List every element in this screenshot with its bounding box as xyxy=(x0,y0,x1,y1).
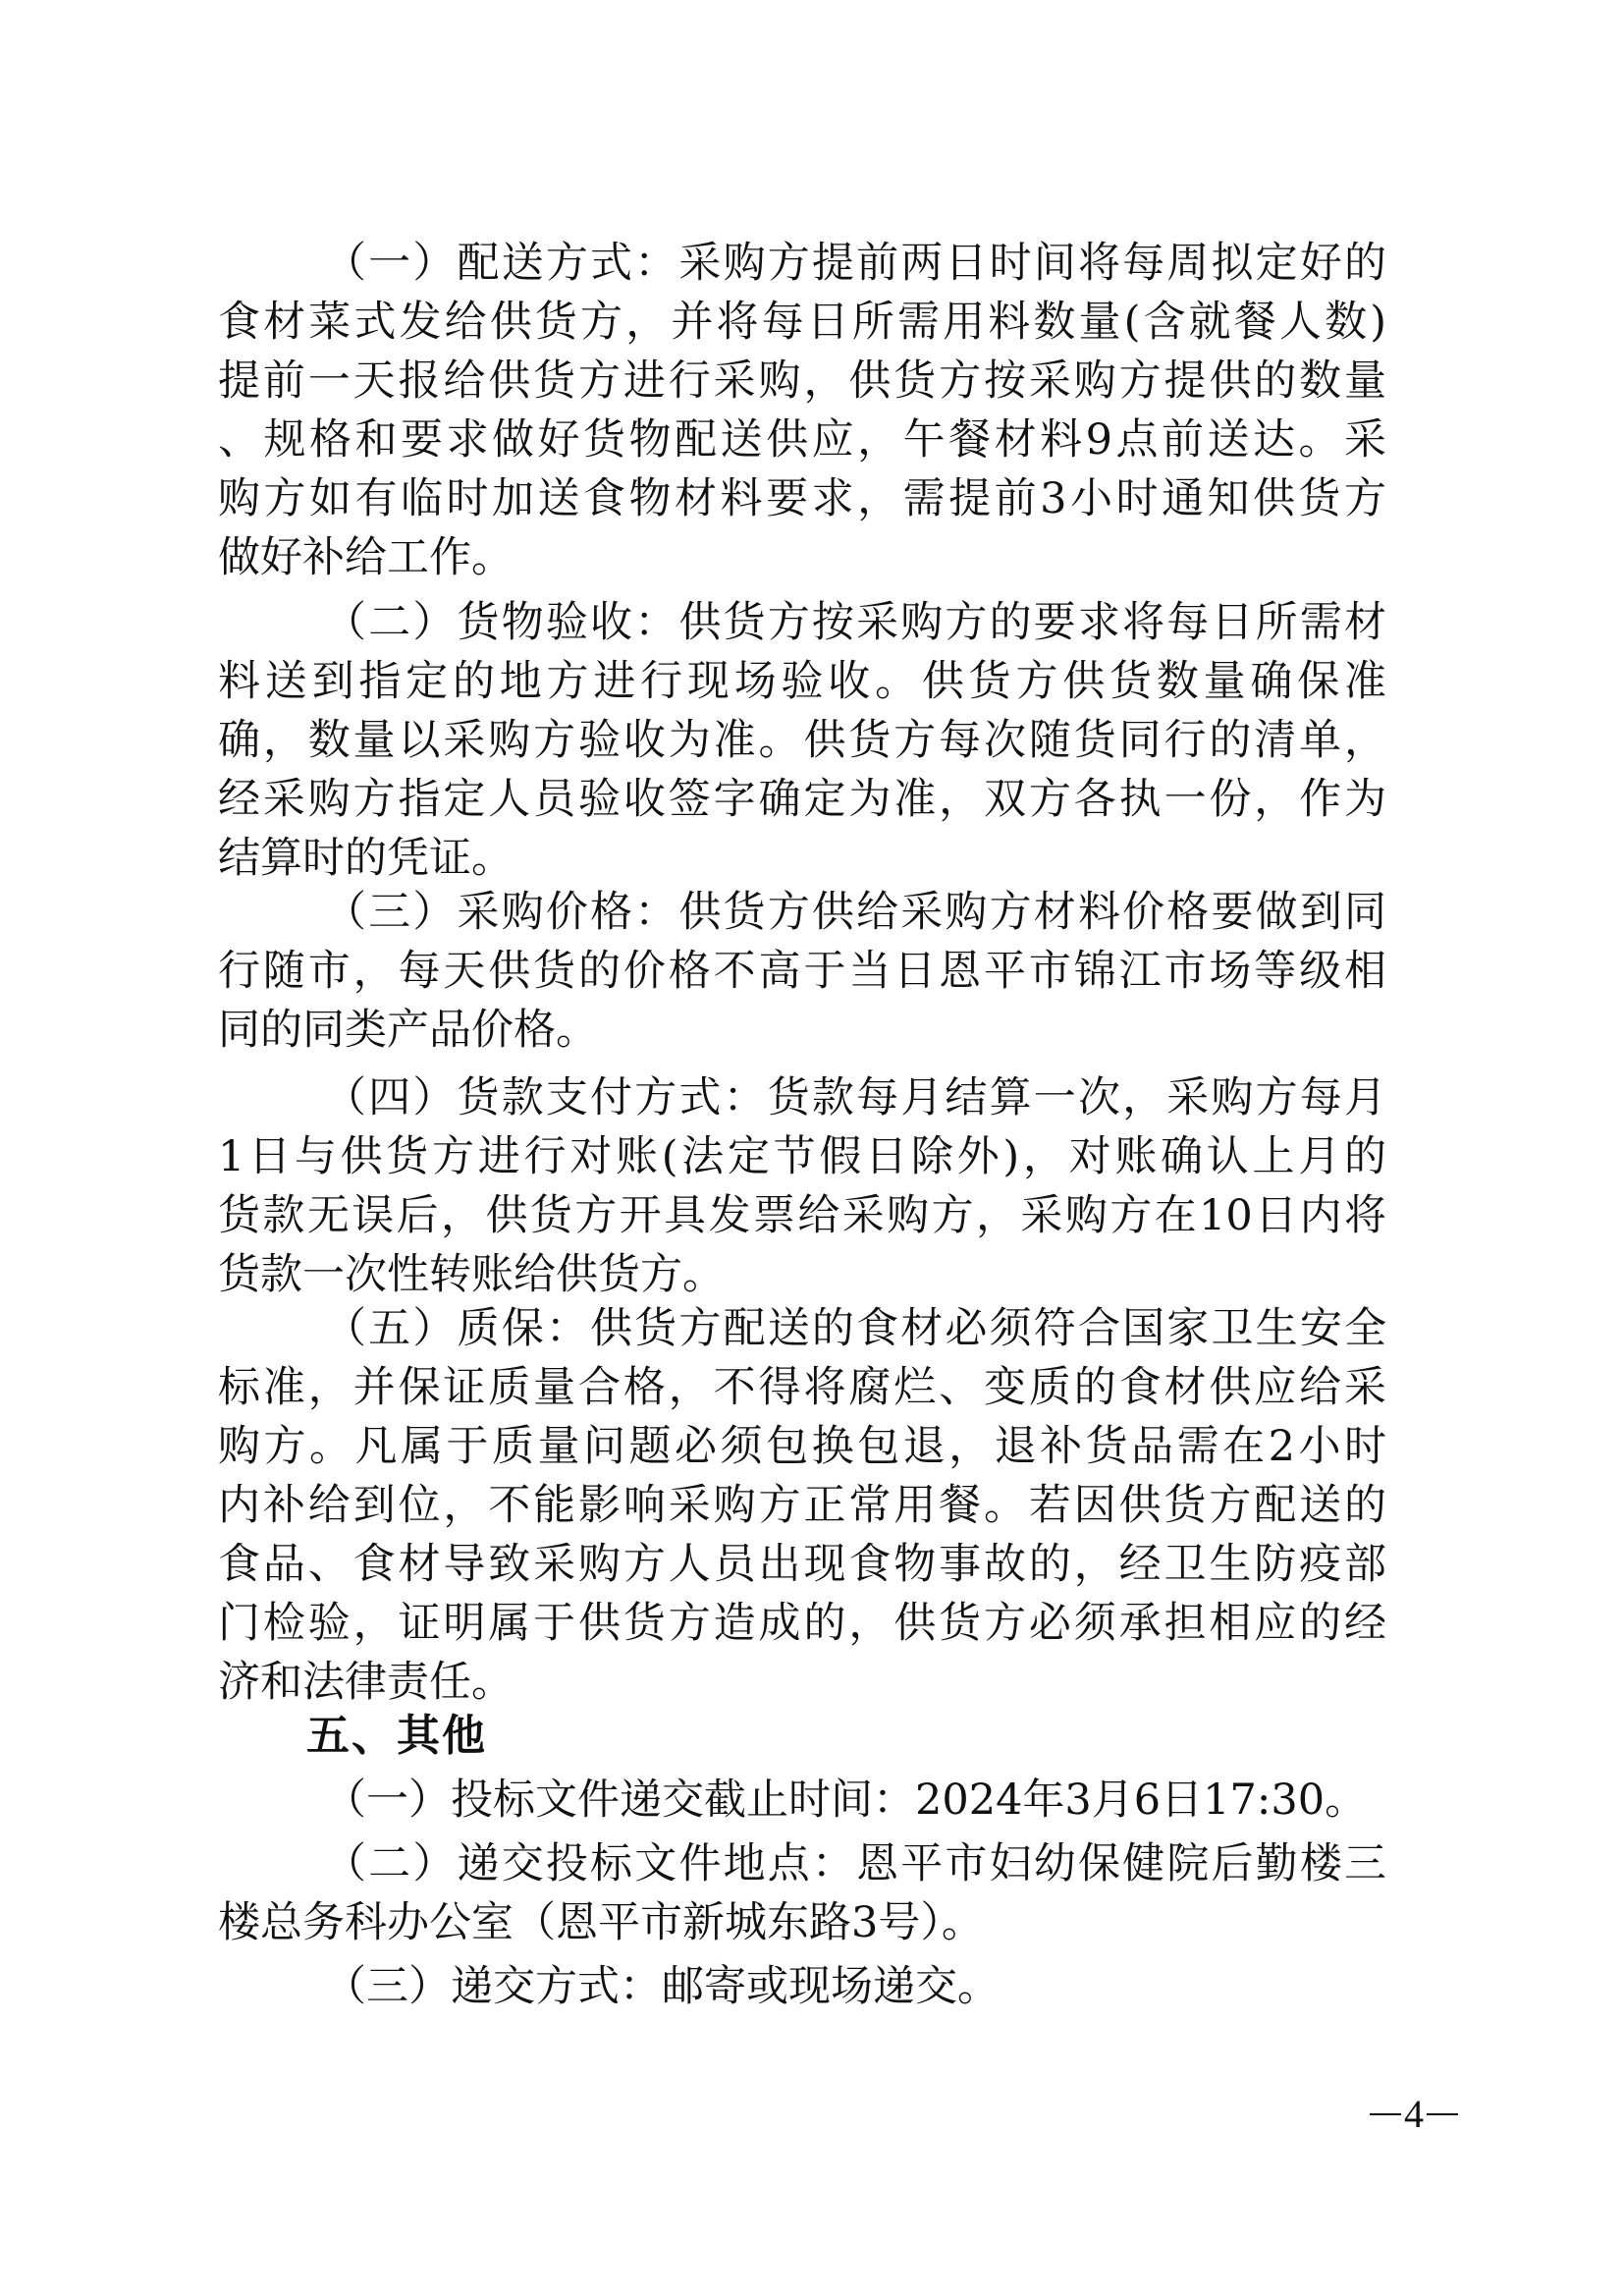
page-number-dash-left xyxy=(1370,2113,1401,2115)
text-line: 济和法律责任。 xyxy=(218,1653,1386,1712)
text-line: （二）货物验收：供货方按采购方的要求将每日所需材 xyxy=(324,593,1386,652)
document-page: （一）配送方式：采购方提前两日时间将每周拟定好的 食材菜式发给供货方，并将每日所… xyxy=(0,0,1623,2296)
text-line: 做好补给工作。 xyxy=(218,528,1386,587)
text-line: （二）递交投标文件地点：恩平市妇幼保健院后勤楼三 xyxy=(324,1834,1386,1893)
text-line: 货款一次性转账给供货方。 xyxy=(218,1245,1386,1304)
text-line: （一）配送方式：采购方提前两日时间将每周拟定好的 xyxy=(324,234,1386,293)
text-line: 结算时的凭证。 xyxy=(218,829,1386,888)
text-line: （三）递交方式：邮寄或现场递交。 xyxy=(324,1957,1386,2016)
text-line: （五）质保：供货方配送的食材必须符合国家卫生安全 xyxy=(324,1299,1386,1358)
text-line: 确，数量以采购方验收为准。供货方每次随货同行的清单， xyxy=(218,711,1386,770)
text-line: 料送到指定的地方进行现场验收。供货方供货数量确保准 xyxy=(218,652,1386,711)
text-line: 、规格和要求做好货物配送供应，午餐材料9点前送达。采 xyxy=(218,410,1386,469)
text-line: 提前一天报给供货方进行采购，供货方按采购方提供的数量 xyxy=(218,352,1386,410)
text-line: 食品、食材导致采购方人员出现食物事故的，经卫生防疫部 xyxy=(218,1535,1386,1594)
page-number-dash-right xyxy=(1427,2113,1458,2115)
text-line: 门检验，证明属于供货方造成的，供货方必须承担相应的经 xyxy=(218,1594,1386,1653)
text-line: 货款无误后，供货方开具发票给采购方，采购方在10日内将 xyxy=(218,1186,1386,1245)
text-line: 行随市，每天供货的价格不高于当日恩平市锦江市场等级相 xyxy=(218,942,1386,1001)
text-line: 同的同类产品价格。 xyxy=(218,1001,1386,1060)
text-line: 经采购方指定人员验收签字确定为准，双方各执一份，作为 xyxy=(218,770,1386,829)
text-line: （四）货款支付方式：货款每月结算一次，采购方每月 xyxy=(324,1068,1386,1127)
page-number-value: 4 xyxy=(1401,2090,1427,2139)
text-line: 购方。凡属于质量问题必须包换包退，退补货品需在2小时 xyxy=(218,1417,1386,1476)
text-line: 食材菜式发给供货方，并将每日所需用料数量(含就餐人数) xyxy=(218,293,1386,352)
text-line: 1日与供货方进行对账(法定节假日除外)，对账确认上月的 xyxy=(218,1127,1386,1186)
section-heading: 五、其他 xyxy=(306,1707,487,1766)
text-line: 内补给到位，不能影响采购方正常用餐。若因供货方配送的 xyxy=(218,1476,1386,1535)
text-line: 购方如有临时加送食物材料要求，需提前3小时通知供货方 xyxy=(218,469,1386,528)
text-line: 标准，并保证质量合格，不得将腐烂、变质的食材供应给采 xyxy=(218,1358,1386,1417)
text-line: （三）采购价格：供货方供给采购方材料价格要做到同 xyxy=(324,883,1386,942)
text-line: （一）投标文件递交截止时间：2024年3月6日17:30。 xyxy=(324,1771,1386,1830)
page-number: 4 xyxy=(1370,2090,1458,2139)
text-line: 楼总务科办公室（恩平市新城东路3号）。 xyxy=(218,1893,1386,1952)
